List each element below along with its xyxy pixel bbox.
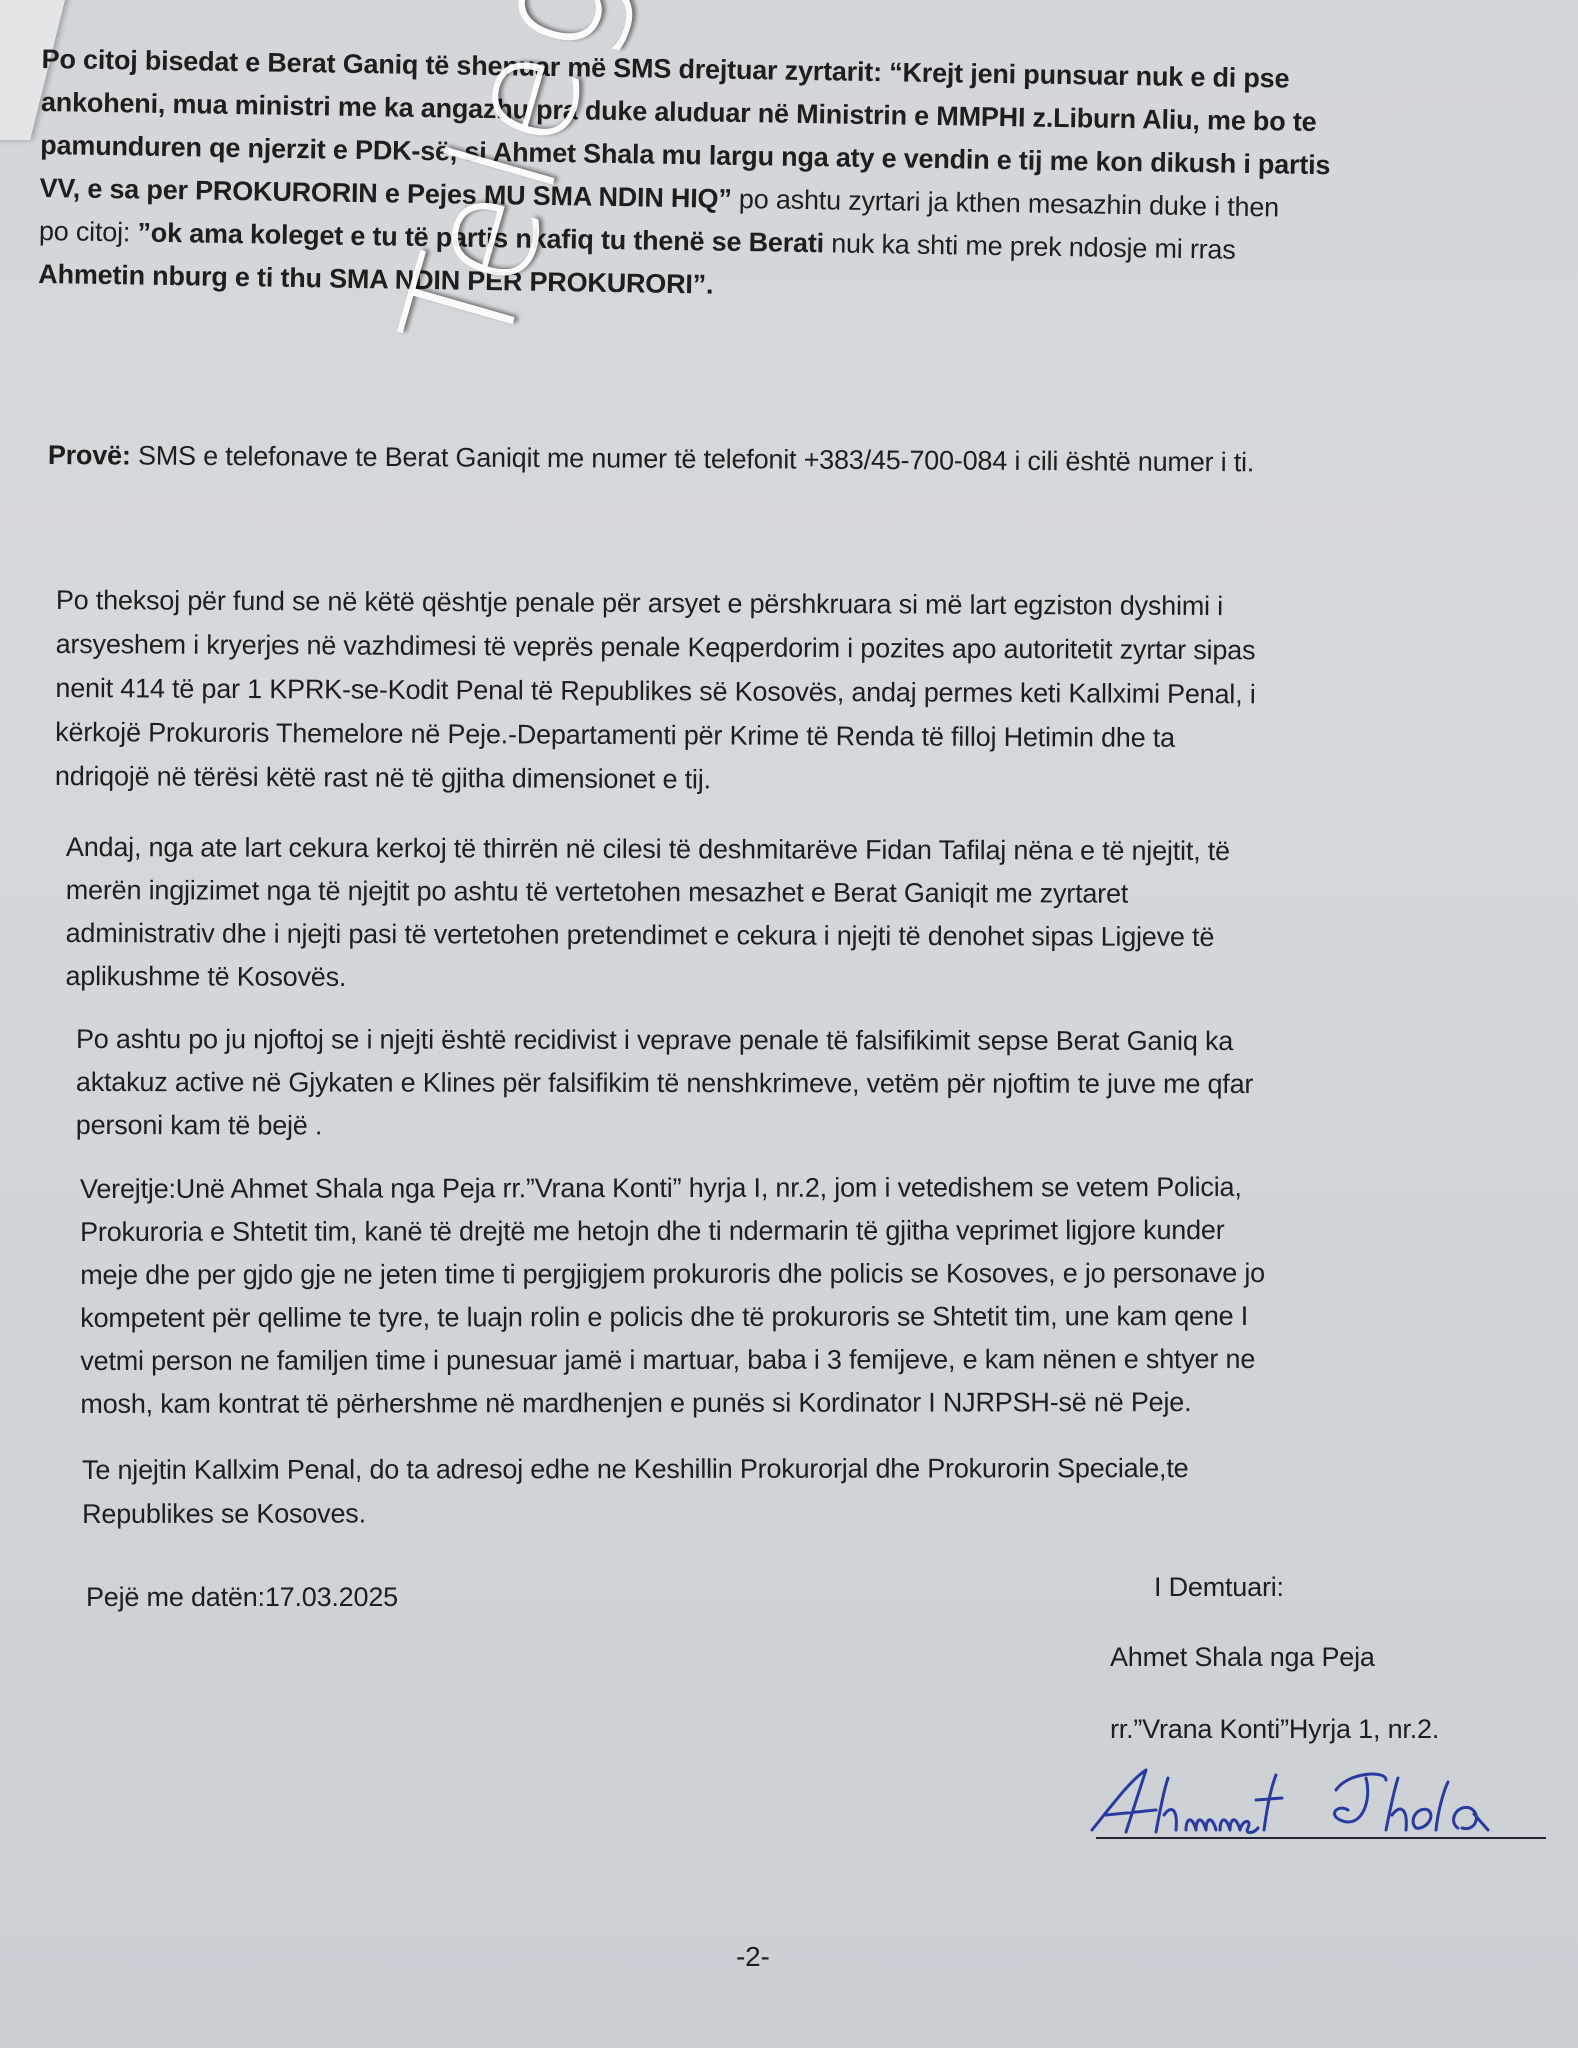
signer-label: I Demtuari:	[1154, 1566, 1284, 1608]
paragraph-note: Verejtje:Unë Ahmet Shala nga Peja rr.”Vr…	[80, 1166, 1265, 1426]
text-line: Prokuroria e Shtetit tim, kanë të drejtë…	[80, 1209, 1265, 1254]
text-line: Verejtje:Unë Ahmet Shala nga Peja rr.”Vr…	[80, 1166, 1265, 1211]
signer-address: rr.”Vrana Konti”Hyrja 1, nr.2.	[1110, 1708, 1439, 1750]
paragraph-request: Po theksoj për fund se në këtë qështje p…	[55, 578, 1256, 804]
text-line: ndriqojë në tërësi këtë rast në të gjith…	[55, 754, 1255, 804]
text-line: arsyeshem i kryerjes në vazhdimesi të ve…	[56, 622, 1256, 672]
text-line: kërkojë Prokuroris Themelore në Peje.-De…	[55, 710, 1255, 760]
evidence-line: Provë: SMS e telefonave te Berat Ganiqit…	[48, 434, 1255, 483]
evidence-label: Provë:	[48, 440, 131, 471]
evidence-text: SMS e telefonave te Berat Ganiqit me num…	[131, 441, 1255, 478]
page-number: -2-	[736, 1936, 770, 1978]
text-line: Po theksoj për fund se në këtë qështje p…	[56, 578, 1256, 628]
text-line: kompetent për qellime te tyre, te luajn …	[80, 1295, 1265, 1340]
paragraph-recidivist: Po ashtu po ju njoftoj se i njejti është…	[76, 1018, 1254, 1149]
text-line: Te njejtin Kallxim Penal, do ta adresoj …	[82, 1446, 1189, 1492]
text-line: Republikes se Kosoves.	[82, 1490, 1189, 1536]
document-page: Po citoj bisedat e Berat Ganiq të shenua…	[0, 0, 1578, 2048]
text-line: vetmi person ne familjen time i punesuar…	[80, 1338, 1265, 1383]
paragraph-forward: Te njejtin Kallxim Penal, do ta adresoj …	[82, 1446, 1189, 1536]
text-line: aplikushme të Kosovës.	[65, 955, 1229, 1002]
text-line: personi kam të bejë .	[76, 1104, 1253, 1149]
signer-name: Ahmet Shala nga Peja	[1110, 1636, 1375, 1678]
handwritten-signature	[1086, 1760, 1550, 1850]
text-line: Andaj, nga ate lart cekura kerkoj të thi…	[66, 826, 1230, 873]
text-line: mosh, kam kontrat të përhershme në mardh…	[80, 1381, 1265, 1426]
text-line: Po ashtu po ju njoftoj se i njejti është…	[76, 1018, 1253, 1063]
paragraph-witness: Andaj, nga ate lart cekura kerkoj të thi…	[65, 826, 1230, 1002]
paragraph-quote: Po citoj bisedat e Berat Ganiq të shenua…	[38, 38, 1332, 316]
text-line: administrativ dhe i njejti pasi të verte…	[66, 912, 1230, 959]
text-line: meje dhe per gjdo gje ne jeten time ti p…	[80, 1252, 1265, 1297]
text-line: nenit 414 të par 1 KPRK-se-Kodit Penal t…	[55, 666, 1255, 716]
date-line: Pejë me datën:17.03.2025	[86, 1576, 398, 1618]
text-line: aktakuz active në Gjykaten e Klines për …	[76, 1061, 1253, 1106]
text-line: merën ingjizimet nga të njejtit po ashtu…	[66, 869, 1230, 916]
